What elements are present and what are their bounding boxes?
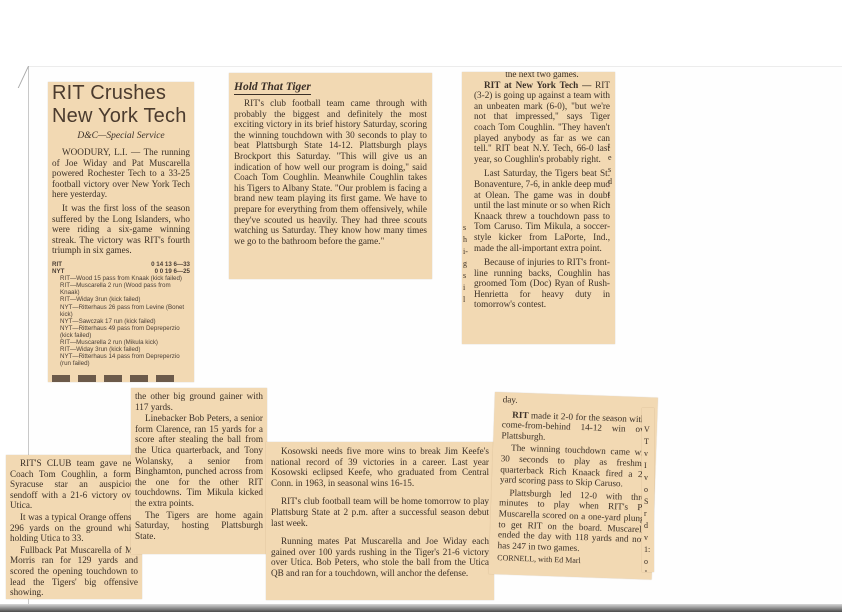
scoring-play: RIT—Muscarella 2 run (Wood pass from Kna… (52, 282, 190, 296)
adjacent-column-fragment: VTvIvoSrdv1:oJ: (644, 424, 652, 572)
scoring-plays: RIT—Wood 15 pass from Knaak (kick failed… (52, 275, 190, 367)
fragment-letter: v (644, 472, 652, 484)
scoring-play: NYT—Ritterhaus 14 pass from Depreperzio … (52, 353, 190, 367)
fragment-letter: e (608, 152, 616, 164)
scoring-play: RIT—Muscarella 2 run (Mikula kick) (52, 339, 190, 346)
fragment-text: day. (503, 394, 653, 410)
team-score: 0 0 19 6—25 (155, 268, 190, 275)
fragment-letter: s (463, 222, 471, 234)
fragment-letter: i- (463, 246, 471, 258)
fragment-letter: J: (644, 568, 652, 572)
article-paragraph: RIT'S CLUB team gave new Coach Tom Cough… (10, 458, 138, 511)
article-paragraph: The winning touchdown came with 30 secon… (500, 443, 651, 491)
article-paragraph: RIT made it 2-0 for the season with a co… (501, 409, 652, 446)
fragment-letter: d (608, 176, 616, 188)
clipping-rits-club: RIT'S CLUB team gave new Coach Tom Cough… (6, 455, 142, 599)
article-body: Kosowski needs five more wins to break J… (271, 446, 489, 579)
article-paragraph: Plattsburgh led 12-0 with three minutes … (497, 487, 649, 556)
adjacent-column-fragment: tesdtt (608, 140, 616, 212)
article-body: RIT'S CLUB team gave new Coach Tom Cough… (10, 458, 138, 599)
clipping-other-ground-gainer: the other big ground gainer with 117 yar… (131, 388, 267, 554)
fragment-letter: l (463, 294, 471, 306)
adjacent-column-fragment: shi-gsil (463, 222, 471, 306)
fragment-letter: 1: (644, 544, 652, 556)
scoring-play: NYT—Ritterhaus 49 pass from Depreperzio … (52, 325, 190, 339)
article-body: RIT made it 2-0 for the season with a co… (497, 409, 652, 556)
scoring-play: RIT—Wood 15 pass from Knaak (kick failed… (52, 275, 190, 282)
fragment-letter: I (644, 460, 652, 472)
headline-line-1: RIT Crushes (52, 82, 190, 105)
clipping-rit-crushes-nyt: RIT Crushes New York Tech D&C—Special Se… (48, 82, 194, 382)
fragment-letter: o (644, 556, 652, 568)
fragment-letter: o (644, 484, 652, 496)
scoring-play: RIT—Widay 3run (kick failed) (52, 296, 190, 303)
fragment-letter: t (608, 200, 616, 212)
article-paragraph: Because of injuries to RIT's front-line … (474, 257, 610, 310)
fragment-letter: r (644, 508, 652, 520)
fragment-letter: V (644, 424, 652, 436)
team-score: 0 14 13 6—33 (151, 261, 190, 268)
article-paragraph: Running mates Pat Muscarella and Joe Wid… (271, 536, 489, 578)
boxscore-line: NYT 0 0 19 6—25 (52, 268, 190, 275)
fragment-letter: i (463, 282, 471, 294)
article-paragraph: Kosowski needs five more wins to break J… (271, 446, 489, 488)
clipping-hold-that-tiger: Hold That Tiger RIT's club football team… (229, 73, 432, 279)
article-paragraph: RIT's club football team will be home to… (271, 496, 489, 528)
fragment-letter: v (644, 532, 652, 544)
article-body: RIT at New York Tech — RIT (3-2) is goin… (474, 80, 610, 310)
headline-line-2: New York Tech (52, 105, 190, 128)
fragment-letter: s (608, 164, 616, 176)
article-paragraph: WOODURY, L.I. — The running of Joe Widay… (52, 147, 190, 200)
article-paragraph: RIT at New York Tech — RIT (3-2) is goin… (474, 80, 610, 165)
scoring-play: RIT—Widay 3run (kick failed) (52, 346, 190, 353)
article-paragraph: The Tigers are home again Saturday, host… (135, 510, 263, 542)
fragment-letter: T (644, 436, 652, 448)
fragment-letter: S (644, 496, 652, 508)
fragment-letter: g (463, 258, 471, 270)
boxscore: RIT 0 14 13 6—33 NYT 0 0 19 6—25 RIT—Woo… (52, 261, 190, 367)
article-paragraph: Linebacker Bob Peters, a senior form Cla… (135, 413, 263, 508)
team-name: NYT (52, 268, 64, 275)
clipping-rit-made-it-2-0: day. RIT made it 2-0 for the season with… (489, 392, 658, 580)
article-title: Hold That Tiger (234, 81, 311, 95)
article-paragraph: Last Saturday, the Tigers beat St. Bonav… (474, 168, 610, 253)
lead-in: RIT at New York Tech — (484, 80, 591, 90)
fragment-letter: t (608, 188, 616, 200)
decorative-strip (52, 375, 190, 382)
fragment-letter: d (644, 520, 652, 532)
fragment-letter: h (463, 234, 471, 246)
adjacent-clipping-strip: VTvIvoSrdv1:oJ: (642, 408, 654, 572)
headline: RIT Crushes New York Tech (52, 82, 190, 128)
clipping-kosowski: Kosowski needs five more wins to break J… (266, 442, 494, 600)
fragment-text: CORNELL, with Ed Marl (497, 553, 647, 569)
article-paragraph: It was the first loss of the season suff… (52, 203, 190, 256)
byline: D&C—Special Service (52, 131, 190, 141)
fragment-text: the next two games. (474, 72, 610, 80)
team-name: RIT (52, 261, 62, 268)
article-paragraph: the other big ground gainer with 117 yar… (135, 391, 263, 412)
article-body: the other big ground gainer with 117 yar… (135, 391, 263, 541)
scoring-play: NYT—Sawczak 17 run (kick failed) (52, 318, 190, 325)
fragment-letter: s (463, 270, 471, 282)
clipping-rit-at-nyt: the next two games. RIT at New York Tech… (462, 72, 615, 344)
scoring-play: NYT—Ritterhaus 26 pass from Levine (Bone… (52, 304, 190, 318)
article-paragraph: Fullback Pat Muscarella of Mt. Morris ra… (10, 545, 138, 598)
lead-in: RIT (512, 409, 529, 420)
boxscore-line: RIT 0 14 13 6—33 (52, 261, 190, 268)
scanner-edge (0, 604, 842, 612)
article-paragraph: It was a typical Orange offense, 296 yar… (10, 512, 138, 544)
fragment-letter: v (644, 448, 652, 460)
article-paragraph: RIT's club football team came through wi… (234, 98, 427, 246)
fragment-letter: t (608, 140, 616, 152)
